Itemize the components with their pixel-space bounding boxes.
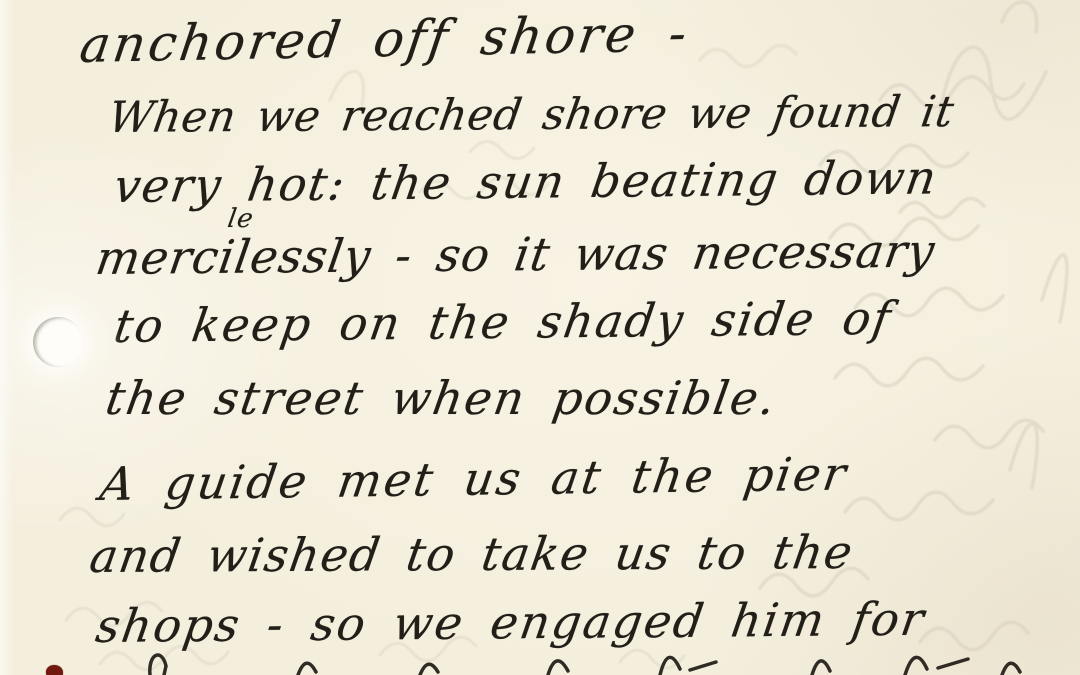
letter-page: anchored off shore - When we reached sho… [0,0,1080,675]
handwritten-line: and wished to take us to the [87,529,857,579]
handwritten-line: anchored off shore - [77,8,693,70]
handwritten-line: to keep on the shady side of [111,295,895,349]
handwritten-line: A guide met us at the pier [97,451,851,507]
hole-punch [33,317,83,367]
handwritten-line: mercilessly - so it was necessary [93,228,938,281]
handwritten-line: shops - so we engaged him for [93,596,929,649]
handwritten-line: very hot: the sun beating down [111,154,940,209]
inserted-correction-word: le [226,206,256,232]
handwritten-line: the street when possible. [103,375,780,421]
handwritten-line: When we reached shore we found it [105,91,956,140]
red-ink-mark [46,665,63,675]
